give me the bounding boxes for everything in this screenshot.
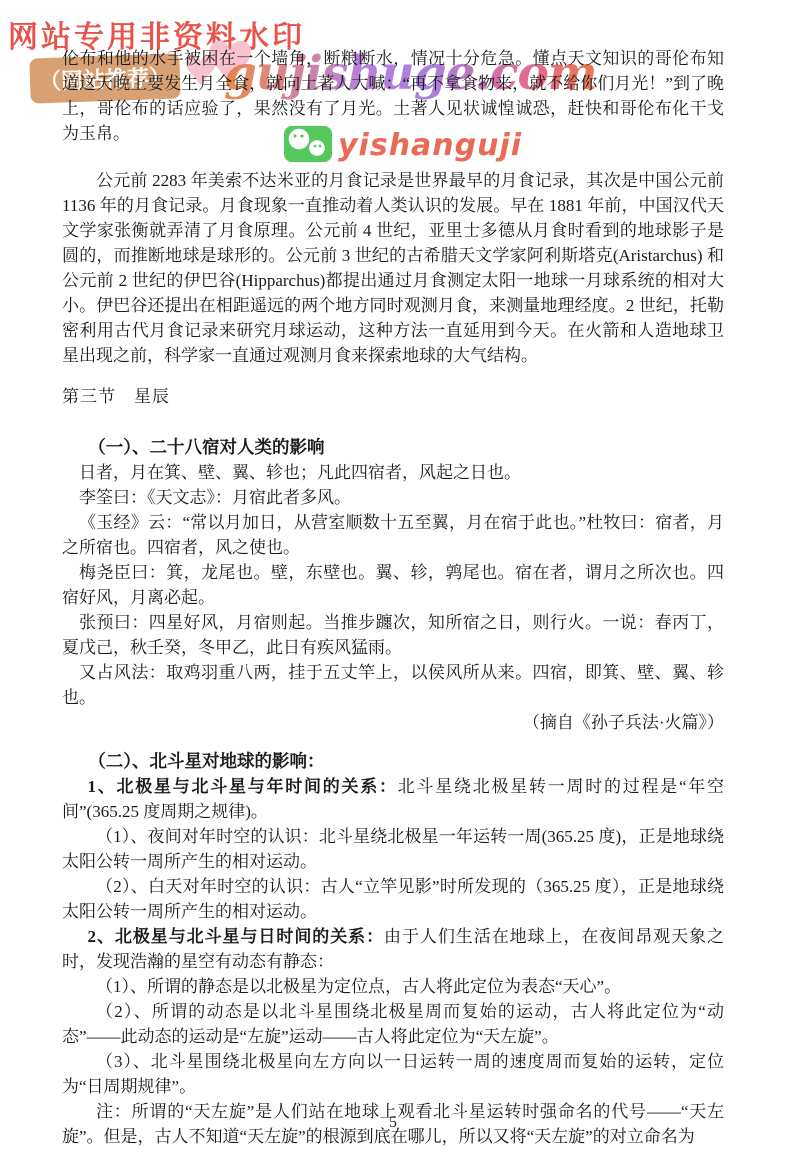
- paragraph-lead: 1、北极星与北斗星与年时间的关系：: [88, 777, 398, 796]
- paragraph-lead: 2、北极星与北斗星与日时间的关系：: [88, 927, 385, 946]
- paragraph: （1）、夜间对年时空的认识：北斗星绕北极星一年运转一周(365.25 度)，正是…: [62, 824, 724, 874]
- paragraph: 梅尧臣曰：箕，龙尾也。壁，东壁也。翼、轸，鹑尾也。宿在者，谓月之所次也。四宿好风…: [62, 560, 724, 610]
- section-heading: 第三节 星辰: [62, 384, 724, 409]
- paragraph-columbus: 伦布和他的水手被困在一个墙角，断粮断水，情况十分危急。懂点天文知识的哥伦布知道这…: [62, 46, 724, 146]
- subsection-1-heading: （一）、二十八宿对人类的影响: [62, 435, 724, 460]
- subsection-2-heading: （二）、北斗星对地球的影响：: [62, 749, 724, 774]
- paragraph: 张预曰：四星好风，月宿则起。当推步躔次，知所宿之日，则行火。一说：春丙丁，夏戊己…: [62, 610, 724, 660]
- paragraph: 《玉经》云：“常以月加日，从营室顺数十五至翼，月在宿于此也。”杜牧曰：宿者，月之…: [62, 510, 724, 560]
- paragraph: 2、北极星与北斗星与日时间的关系：由于人们生活在地球上，在夜间昂观天象之时，发现…: [62, 924, 724, 974]
- paragraph: （2）、所谓的动态是以北斗星围绕北极星周而复始的运动，古人将此定位为“动态”——…: [62, 999, 724, 1049]
- quote-source: （摘自《孙子兵法·火篇》）: [62, 710, 724, 735]
- paragraph: 1、北极星与北斗星与年时间的关系：北斗星绕北极星转一周时的过程是“年空间”(36…: [62, 774, 724, 824]
- paragraph: 日者，月在箕、壁、翼、轸也；凡此四宿者，风起之日也。: [62, 460, 724, 485]
- paragraph: 又占风法：取鸡羽重八两，挂于五丈竿上，以侯风所从来。四宿，即箕、壁、翼、轸也。: [62, 660, 724, 710]
- document-page: 网站专用非资料水印 （网站推荐） ♥ ♥ gujishuge.com yisha…: [0, 0, 786, 1170]
- paragraph: （2）、白天对年时空的认识：古人“立竿见影”时所发现的（365.25 度），正是…: [62, 874, 724, 924]
- paragraph: （3）、北斗星围绕北极星向左方向以一日运转一周的速度周而复始的运转，定位为“日周…: [62, 1049, 724, 1099]
- paragraph-eclipse-history: 公元前 2283 年美索不达米亚的月食记录是世界最早的月食记录，其次是中国公元前…: [62, 168, 724, 368]
- paragraph: （1）、所谓的静态是以北极星为定位点，古人将此定位为表态“天心”。: [62, 974, 724, 999]
- paragraph: 李筌曰：《天文志》：月宿此者多风。: [62, 485, 724, 510]
- page-number: 5: [0, 1114, 786, 1132]
- document-body: 伦布和他的水手被困在一个墙角，断粮断水，情况十分危急。懂点天文知识的哥伦布知道这…: [62, 46, 724, 1149]
